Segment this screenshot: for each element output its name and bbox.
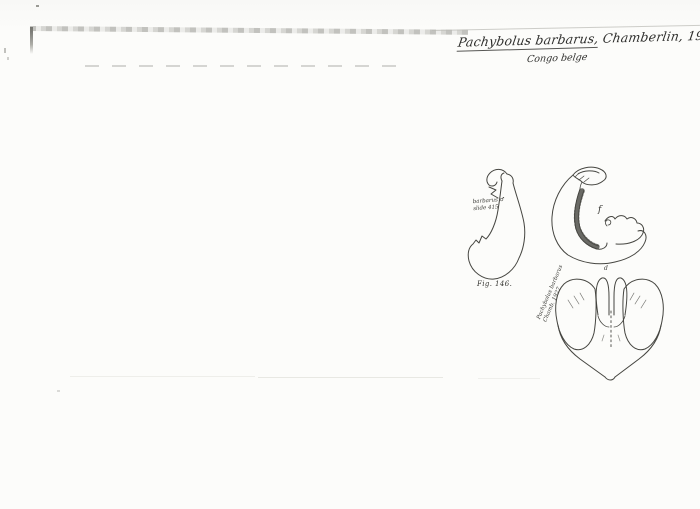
author-citation: Chamberlin, 1927. (602, 27, 700, 45)
figure-sternite-drawing (548, 269, 666, 387)
figure-caption: Fig. 146. (477, 280, 512, 288)
ink-speck (4, 48, 6, 53)
handwritten-title: Pachybolus barbarus, Chamberlin, 1927. (458, 27, 700, 49)
fold-line (258, 377, 443, 378)
fold-line (70, 376, 255, 377)
fold-line (478, 378, 540, 379)
scanned-sheet: Pachybolus barbarus, Chamberlin, 1927. C… (0, 0, 700, 509)
photocopy-corner-edge-shadow (30, 27, 33, 54)
locality-note: Congo belge (527, 52, 588, 65)
photocopy-top-edge-band (30, 26, 468, 34)
smudge-line (85, 65, 400, 67)
specimen-annotation: barbarus ♂ slide 415 (473, 197, 506, 213)
ink-speck (36, 5, 39, 7)
figure-gonopod-lateral-drawing (455, 166, 540, 286)
part-label-f: f (598, 205, 601, 215)
ink-speck (7, 57, 9, 60)
figure-gonopod-hook-drawing (548, 165, 652, 269)
part-label-d: d (604, 265, 608, 272)
ink-speck (57, 390, 60, 392)
species-name: Pachybolus barbarus, (457, 31, 600, 52)
